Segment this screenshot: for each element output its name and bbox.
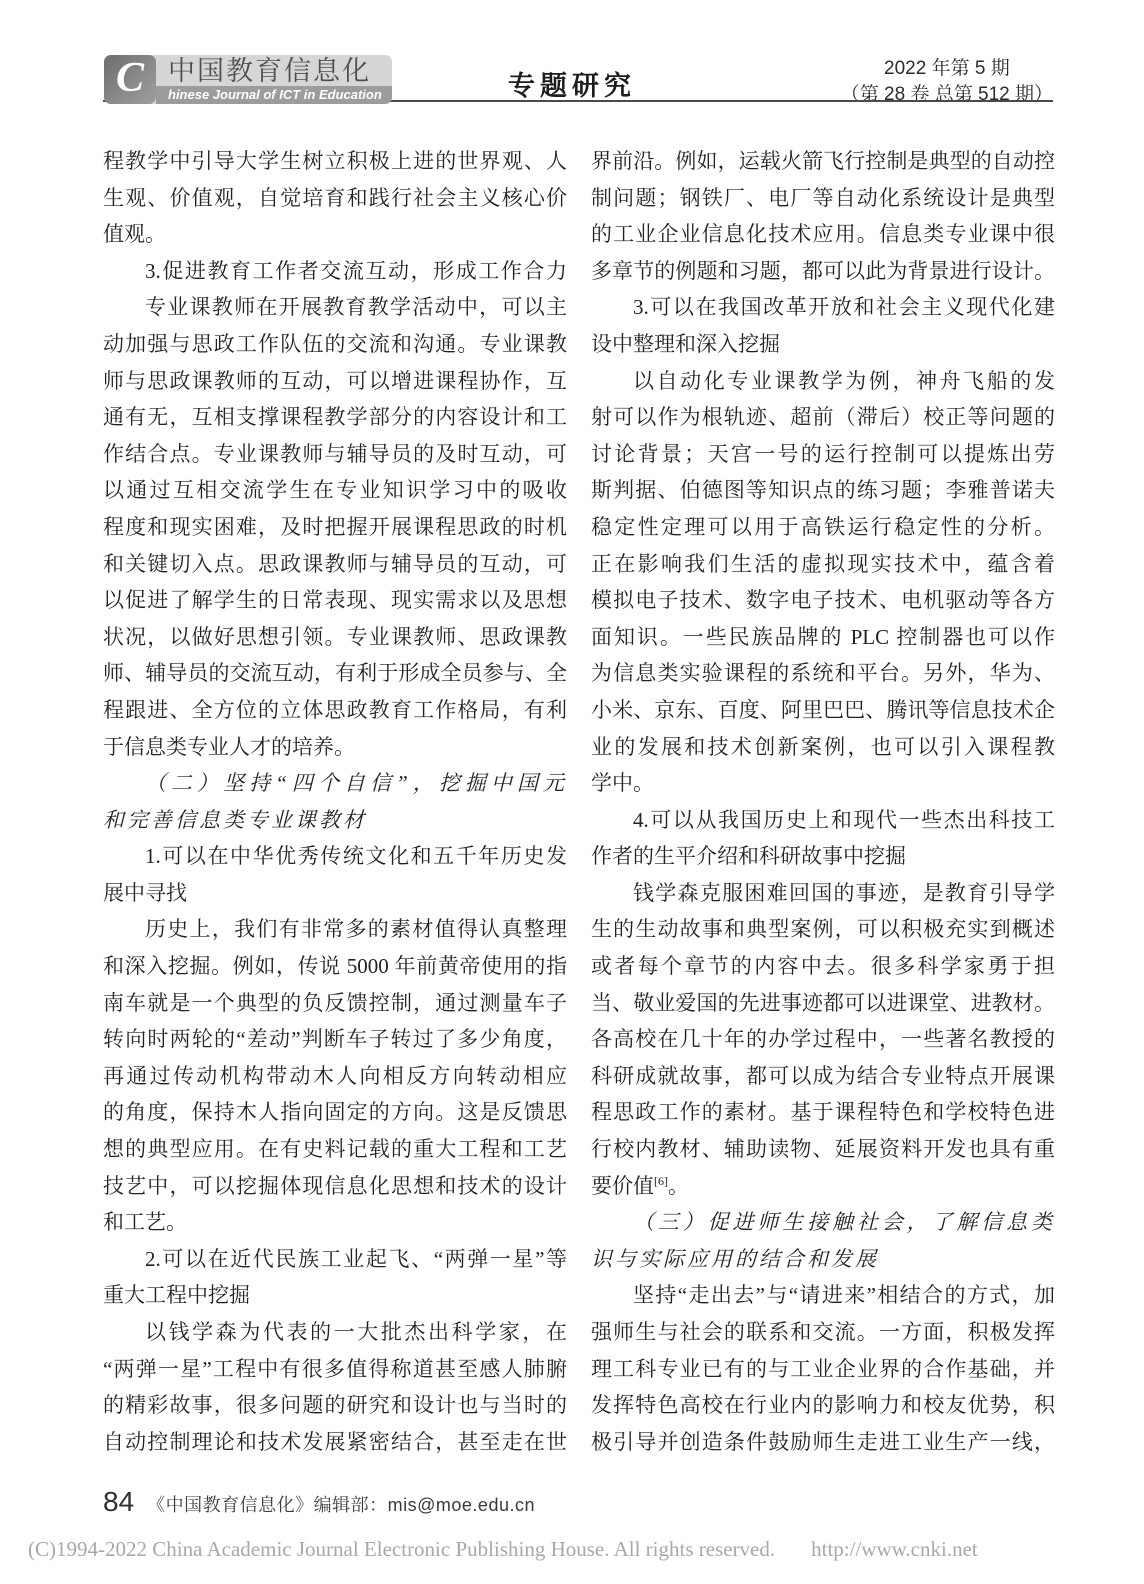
body-text-line: 斯判据、伯德图等知识点的练习题；李雅普诺夫 <box>591 472 1055 509</box>
body-text-line: 再通过传动机构带动木人向相反方向转动相应 <box>103 1058 567 1095</box>
body-text-line: 1.可以在中华优秀传统文化和五千年历史发 <box>103 838 567 875</box>
body-text-line: 坚持“走出去”与“请进来”相结合的方式，加 <box>591 1277 1055 1314</box>
editorial-contact: 《中国教育信息化》编辑部：mis@moe.edu.cn <box>147 1491 535 1517</box>
subsection-heading-line: 和完善信息类专业课教材 <box>103 802 567 839</box>
body-text-line: 想的典型应用。在有史料记载的重大工程和工艺 <box>103 1131 567 1168</box>
subsection-heading-line: （三）促进师生接触社会，了解信息类专业知 <box>591 1204 1055 1241</box>
body-text-line: 或者每个章节的内容中去。很多科学家勇于担 <box>591 948 1055 985</box>
body-text-line: 3.可以在我国改革开放和社会主义现代化建 <box>591 289 1055 326</box>
copyright-notice: (C)1994-2022 China Academic Journal Elec… <box>28 1537 775 1562</box>
body-text-line: 作结合点。专业课教师与辅导员的及时互动，可 <box>103 436 567 473</box>
page-number: 84 <box>103 1486 134 1518</box>
body-text-line: 强师生与社会的联系和交流。一方面，积极发挥 <box>591 1314 1055 1351</box>
body-text-line: 动加强与思政工作队伍的交流和沟通。专业课教 <box>103 326 567 363</box>
page-footer: 84 《中国教育信息化》编辑部：mis@moe.edu.cn <box>103 1486 535 1518</box>
body-text-line: 3.促进教育工作者交流互动，形成工作合力 <box>103 253 567 290</box>
body-text-line: 展中寻找 <box>103 875 567 912</box>
body-text-line: 钱学森克服困难回国的事迹，是教育引导学 <box>591 875 1055 912</box>
body-text-line: 重大工程中挖掘 <box>103 1277 567 1314</box>
journal-name-english: hinese Journal of ICT in Education <box>156 86 392 104</box>
body-text-line: 于信息类专业人才的培养。 <box>103 729 567 766</box>
body-text-line: 的工业企业信息化技术应用。信息类专业课中很 <box>591 216 1055 253</box>
body-text-line: 小米、京东、百度、阿里巴巴、腾讯等信息技术企 <box>591 692 1055 729</box>
copyright-row: (C)1994-2022 China Academic Journal Elec… <box>28 1537 978 1562</box>
body-text-line: 生的生动故事和典型案例，可以积极充实到概述 <box>591 911 1055 948</box>
body-text-line: 极引导并创造条件鼓励师生走进工业生产一线， <box>591 1424 1055 1461</box>
journal-name: 中国教育信息化 <box>156 55 392 86</box>
body-text-line: 理工科专业已有的与工业企业界的合作基础，并 <box>591 1351 1055 1388</box>
body-text-line: 学中。 <box>591 765 1055 802</box>
body-text-line: 界前沿。例如，运载火箭飞行控制是典型的自动控 <box>591 143 1055 180</box>
body-text-line: 历史上，我们有非常多的素材值得认真整理 <box>103 911 567 948</box>
body-text-line: 制问题；钢铁厂、电厂等自动化系统设计是典型 <box>591 180 1055 217</box>
body-text-line: 和关键切入点。思政课教师与辅导员的互动，可 <box>103 546 567 583</box>
journal-page: C 中国教育信息化 hinese Journal of ICT in Educa… <box>0 0 1144 1584</box>
right-column: 界前沿。例如，运载火箭飞行控制是典型的自动控制问题；钢铁厂、电厂等自动化系统设计… <box>591 143 1055 1460</box>
journal-logo-initial: C <box>104 55 156 104</box>
body-text-line: 程跟进、全方位的立体思政教育工作格局，有利 <box>103 692 567 729</box>
body-text-line: 模拟电子技术、数字电子技术、电机驱动等各方 <box>591 582 1055 619</box>
body-text-line: 师、辅导员的交流互动，有利于形成全员参与、全 <box>103 655 567 692</box>
body-text-line: 以促进了解学生的日常表现、现实需求以及思想 <box>103 582 567 619</box>
body-text-line: 4.可以从我国历史上和现代一些杰出科技工 <box>591 802 1055 839</box>
body-text-line: 业的发展和技术创新案例，也可以引入课程教 <box>591 729 1055 766</box>
body-text-line: 师与思政课教师的互动，可以增进课程协作，互 <box>103 363 567 400</box>
body-text-line: 以通过互相交流学生在专业知识学习中的吸收 <box>103 472 567 509</box>
body-text-line: 射可以作为根轨迹、超前（滞后）校正等问题的 <box>591 399 1055 436</box>
journal-logo: C 中国教育信息化 hinese Journal of ICT in Educa… <box>104 55 392 104</box>
subsection-heading-line: 识与实际应用的结合和发展 <box>591 1241 1055 1278</box>
body-text-line: 程教学中引导大学生树立积极上进的世界观、人 <box>103 143 567 180</box>
body-text-line: 正在影响我们生活的虚拟现实技术中，蕴含着 <box>591 546 1055 583</box>
body-text-line: 科研成就故事，都可以成为结合专业特点开展课 <box>591 1058 1055 1095</box>
body-text-line: 转向时两轮的“差动”判断车子转过了多少角度， <box>103 1021 567 1058</box>
journal-logo-text: 中国教育信息化 hinese Journal of ICT in Educati… <box>156 55 392 104</box>
subsection-heading-line: （二）坚持“四个自信”，挖掘中国元素，丰富 <box>103 765 567 802</box>
body-text-line: 为信息类实验课程的系统和平台。另外，华为、 <box>591 655 1055 692</box>
body-text-line: 以钱学森为代表的一大批杰出科学家，在 <box>103 1314 567 1351</box>
body-text-line: 和深入挖掘。例如，传说 5000 年前黄帝使用的指 <box>103 948 567 985</box>
body-text-line: 通有无，互相支撑课程教学部分的内容设计和工 <box>103 399 567 436</box>
body-text-line: 各高校在几十年的办学过程中，一些著名教授的 <box>591 1021 1055 1058</box>
body-text-line: 程度和现实困难，及时把握开展课程思政的时机 <box>103 509 567 546</box>
cnki-url: http://www.cnki.net <box>811 1537 978 1562</box>
body-text-line: 状况，以做好思想引领。专业课教师、思政课教 <box>103 619 567 656</box>
body-text-line: 发挥特色高校在行业内的影响力和校友优势，积 <box>591 1387 1055 1424</box>
citation-reference: [6] <box>654 1174 668 1188</box>
left-column: 程教学中引导大学生树立积极上进的世界观、人生观、价值观，自觉培育和践行社会主义核… <box>103 143 567 1460</box>
body-text-line: 设中整理和深入挖掘 <box>591 326 1055 363</box>
body-text-line: 技艺中，可以挖掘体现信息化思想和技术的设计 <box>103 1168 567 1205</box>
body-text-line: “两弹一星”工程中有很多值得称道甚至感人肺腑 <box>103 1351 567 1388</box>
body-text-line: 2.可以在近代民族工业起飞、“两弹一星”等 <box>103 1241 567 1278</box>
body-text-line: 稳定性定理可以用于高铁运行稳定性的分析。 <box>591 509 1055 546</box>
body-text-line: 当、敬业爱国的先进事迹都可以进课堂、进教材。 <box>591 985 1055 1022</box>
body-text-line: 程思政工作的素材。基于课程特色和学校特色进 <box>591 1094 1055 1131</box>
body-text-line: 值观。 <box>103 216 567 253</box>
body-text-line: 作者的生平介绍和科研故事中挖掘 <box>591 838 1055 875</box>
body-text-line: 的角度，保持木人指向固定的方向。这是反馈思 <box>103 1094 567 1131</box>
body-text-line: 的精彩故事，很多问题的研究和设计也与当时的 <box>103 1387 567 1424</box>
body-text-line: 专业课教师在开展教育教学活动中，可以主 <box>103 289 567 326</box>
body-text-line: 多章节的例题和习题，都可以此为背景进行设计。 <box>591 253 1055 290</box>
body-text-line: 南车就是一个典型的负反馈控制，通过测量车子 <box>103 985 567 1022</box>
body-text-line: 行校内教材、辅助读物、延展资料开发也具有重 <box>591 1131 1055 1168</box>
body-text-line: 面知识。一些民族品牌的 PLC 控制器也可以作 <box>591 619 1055 656</box>
body-text-line: 生观、价值观，自觉培育和践行社会主义核心价 <box>103 180 567 217</box>
body-text-line: 自动控制理论和技术发展紧密结合，甚至走在世 <box>103 1424 567 1461</box>
issue-volume: （第 28 卷 总第 512 期） <box>841 82 1053 108</box>
body-text-line: 以自动化专业课教学为例，神舟飞船的发 <box>591 363 1055 400</box>
body-text-line: 讨论背景；天宫一号的运行控制可以提炼出劳 <box>591 436 1055 473</box>
issue-year-number: 2022 年第 5 期 <box>841 56 1053 82</box>
body-text-line: 要价值[6]。 <box>591 1168 1055 1205</box>
body-text-line: 和工艺。 <box>103 1204 567 1241</box>
